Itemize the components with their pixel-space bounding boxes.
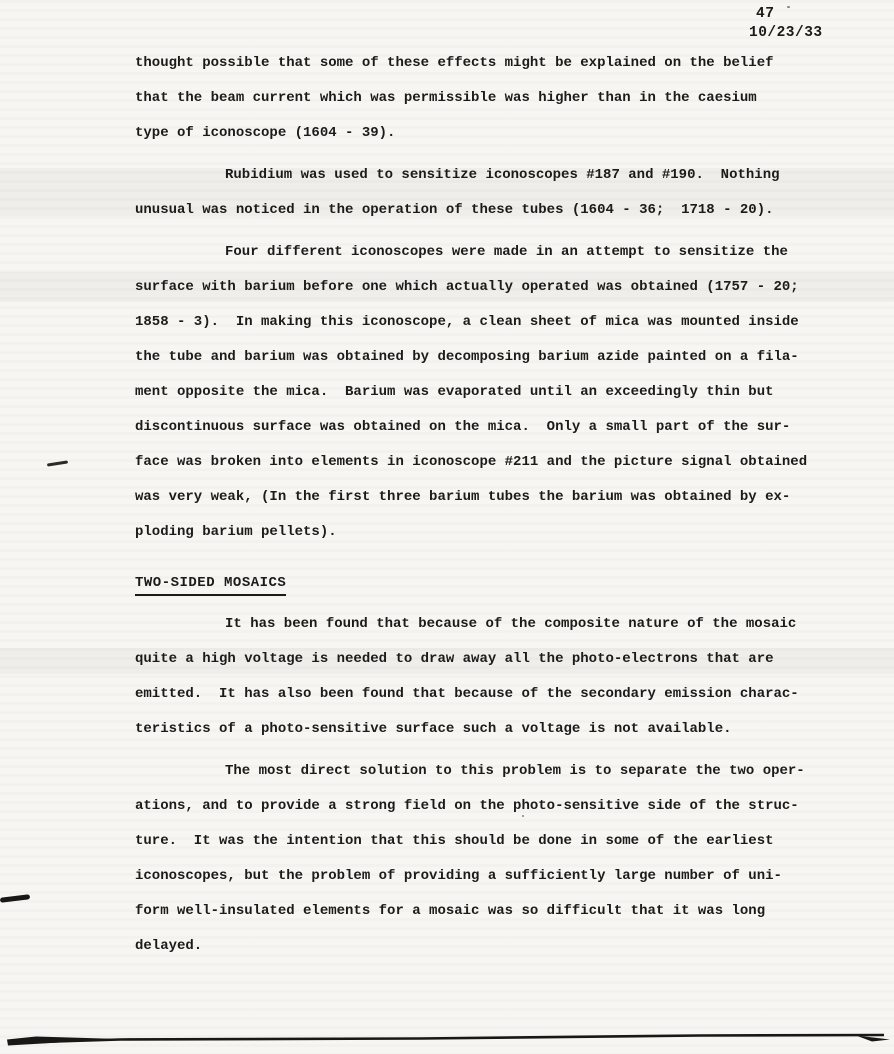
text-line: ture. It was the intention that this sho… xyxy=(135,824,807,859)
paragraph: It has been found that because of the co… xyxy=(135,607,807,747)
page-header: 47 10/23/33 xyxy=(749,5,823,43)
text-line: Four different iconoscopes were made in … xyxy=(135,235,807,270)
text-line: ment opposite the mica. Barium was evapo… xyxy=(135,375,807,410)
paragraph: The most direct solution to this problem… xyxy=(135,754,807,964)
page-number: 47 xyxy=(749,5,823,24)
text-line: discontinuous surface was obtained on th… xyxy=(135,410,807,445)
text-line: quite a high voltage is needed to draw a… xyxy=(135,642,807,677)
text-line: face was broken into elements in iconosc… xyxy=(135,445,807,480)
text-line: that the beam current which was permissi… xyxy=(135,81,807,116)
text-line: form well-insulated elements for a mosai… xyxy=(135,894,807,929)
text-line: 1858 - 3). In making this iconoscope, a … xyxy=(135,305,807,340)
text-line: ations, and to provide a strong field on… xyxy=(135,789,807,824)
text-line: delayed. xyxy=(135,929,807,964)
text-line: thought possible that some of these effe… xyxy=(135,46,807,81)
paragraph: Rubidium was used to sensitize iconoscop… xyxy=(135,158,807,228)
paragraph: thought possible that some of these effe… xyxy=(135,46,807,151)
paragraph: Four different iconoscopes were made in … xyxy=(135,235,807,550)
text-line: iconoscopes, but the problem of providin… xyxy=(135,859,807,894)
text-line: type of iconoscope (1604 - 39). xyxy=(135,116,807,151)
scan-bottom-rule xyxy=(0,1026,894,1054)
section-heading-text: TWO-SIDED MOSAICS xyxy=(135,575,286,596)
text-line: emitted. It has also been found that bec… xyxy=(135,677,807,712)
scanned-document-page: 47 10/23/33 thought possible that some o… xyxy=(0,0,894,1054)
text-line: surface with barium before one which act… xyxy=(135,270,807,305)
text-line: the tube and barium was obtained by deco… xyxy=(135,340,807,375)
text-line: was very weak, (In the first three bariu… xyxy=(135,480,807,515)
text-line: unusual was noticed in the operation of … xyxy=(135,193,807,228)
scan-speck xyxy=(611,286,613,288)
text-line: ploding barium pellets). xyxy=(135,515,807,550)
scan-speck xyxy=(787,6,790,8)
section-heading: TWO-SIDED MOSAICS xyxy=(135,566,807,601)
page-date: 10/23/33 xyxy=(749,24,823,43)
scan-speck xyxy=(522,815,524,817)
pen-mark-icon xyxy=(47,460,68,466)
text-line: It has been found that because of the co… xyxy=(135,607,807,642)
text-line: teristics of a photo-sensitive surface s… xyxy=(135,712,807,747)
text-line: The most direct solution to this problem… xyxy=(135,754,807,789)
text-line: Rubidium was used to sensitize iconoscop… xyxy=(135,158,807,193)
pen-mark-icon xyxy=(0,894,30,903)
document-body: thought possible that some of these effe… xyxy=(135,46,807,971)
